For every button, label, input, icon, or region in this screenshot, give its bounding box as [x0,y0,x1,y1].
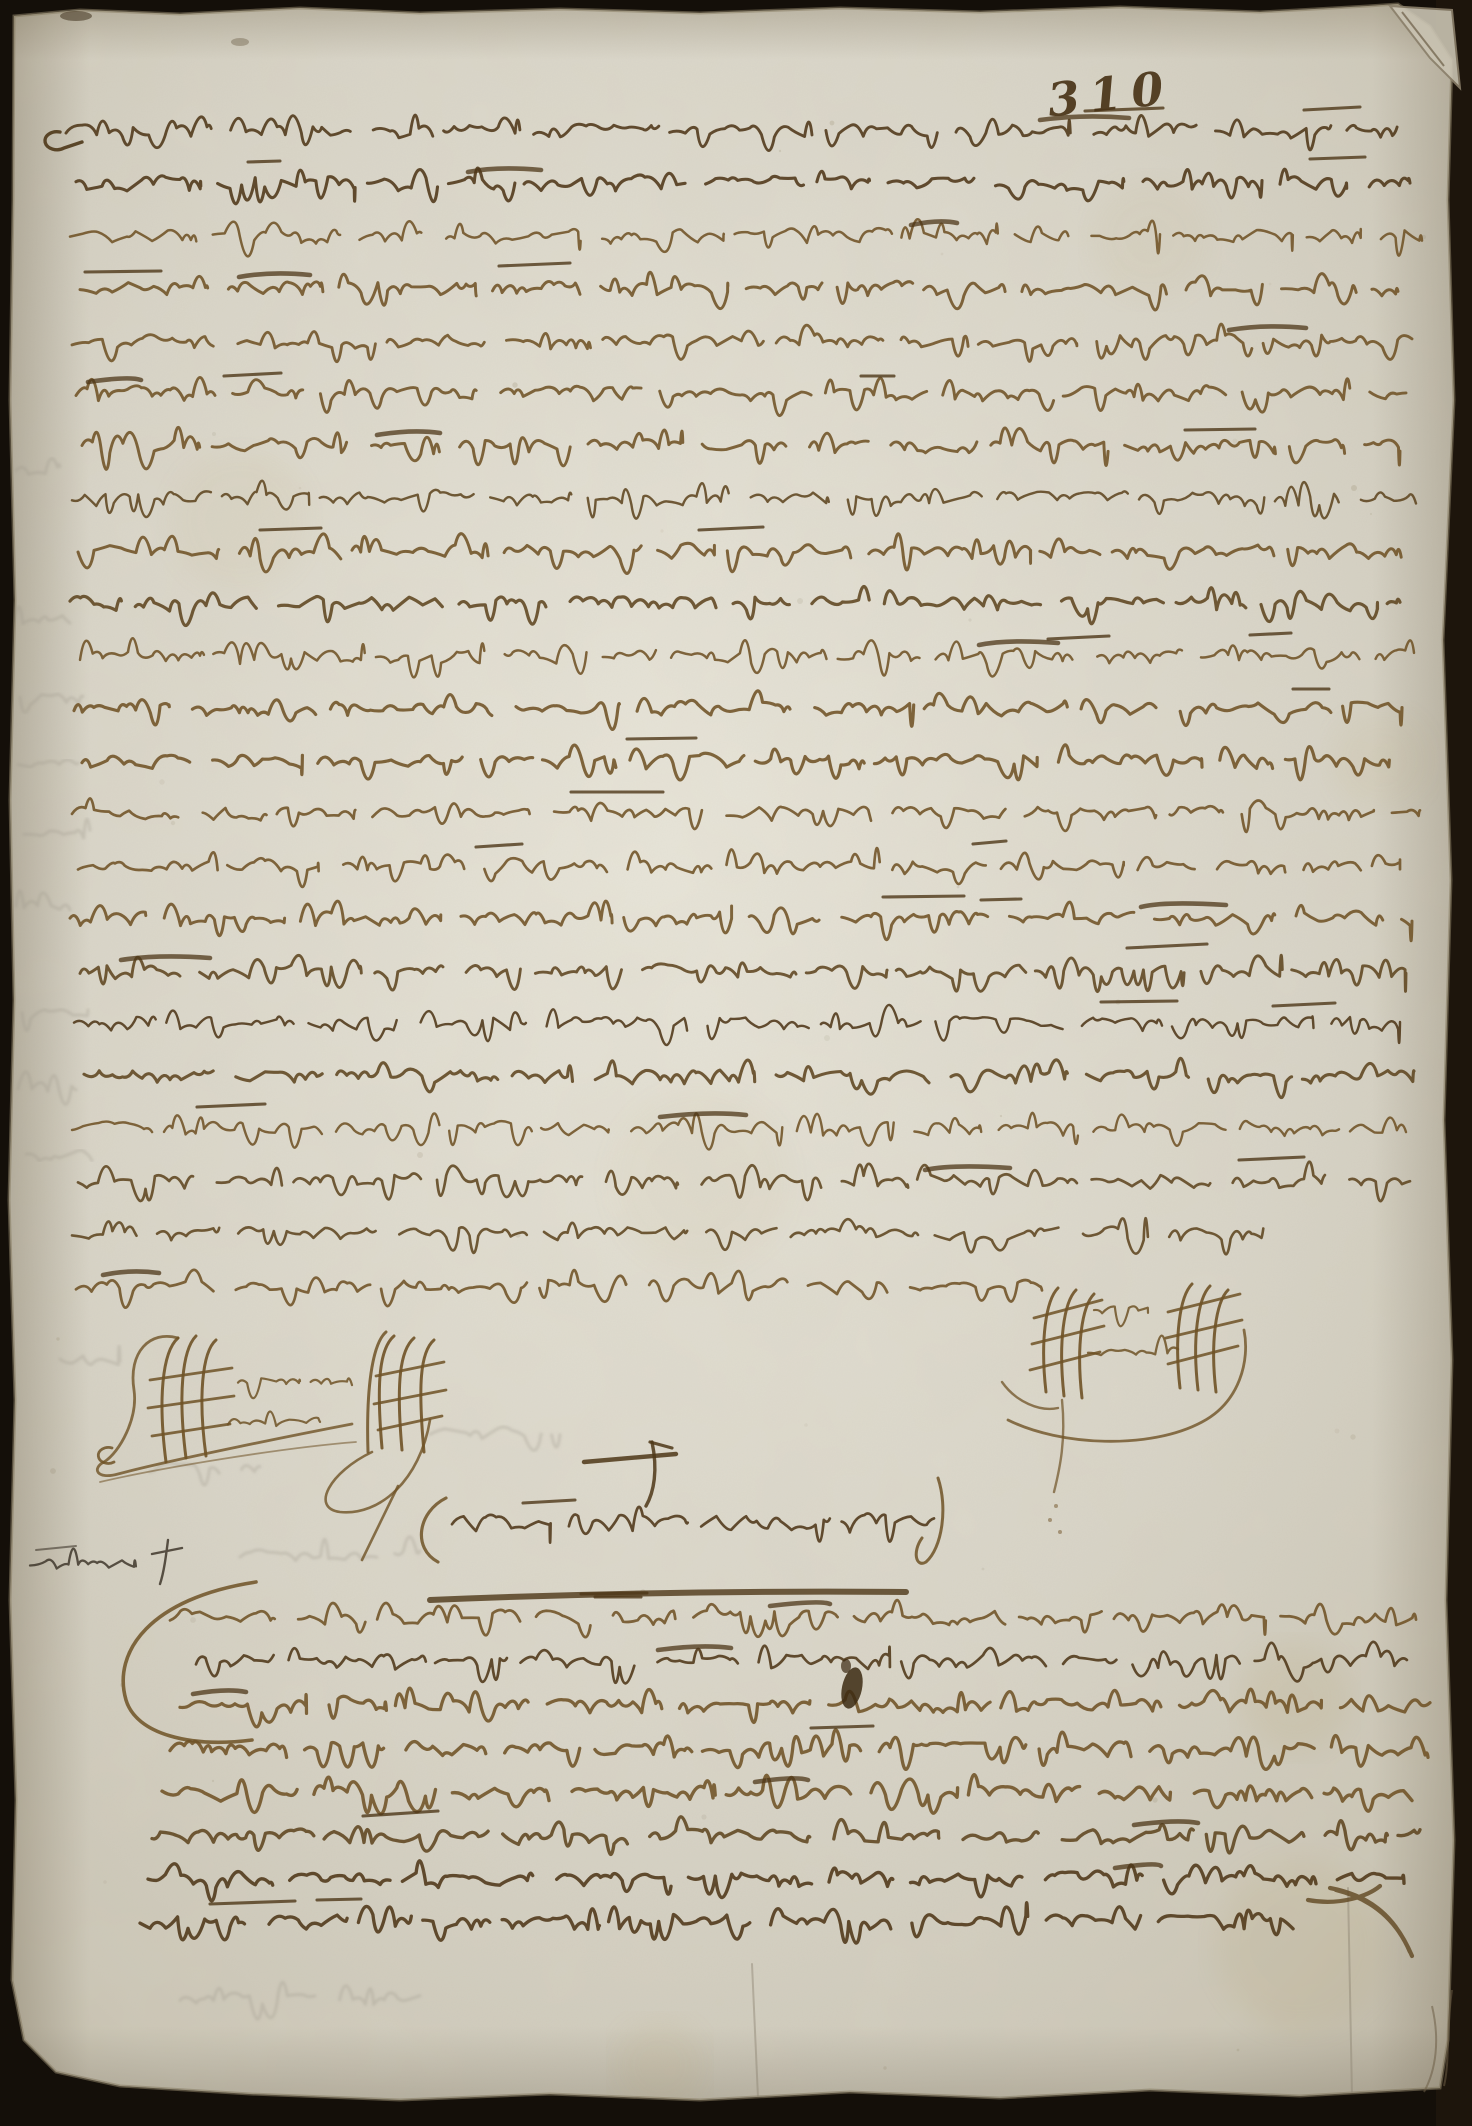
manuscript-scan: 310 [0,0,1472,2126]
paper-sheet [0,0,1472,2126]
edge-smudge [60,11,92,21]
photographed-manuscript-page: 310 [0,0,1472,2126]
